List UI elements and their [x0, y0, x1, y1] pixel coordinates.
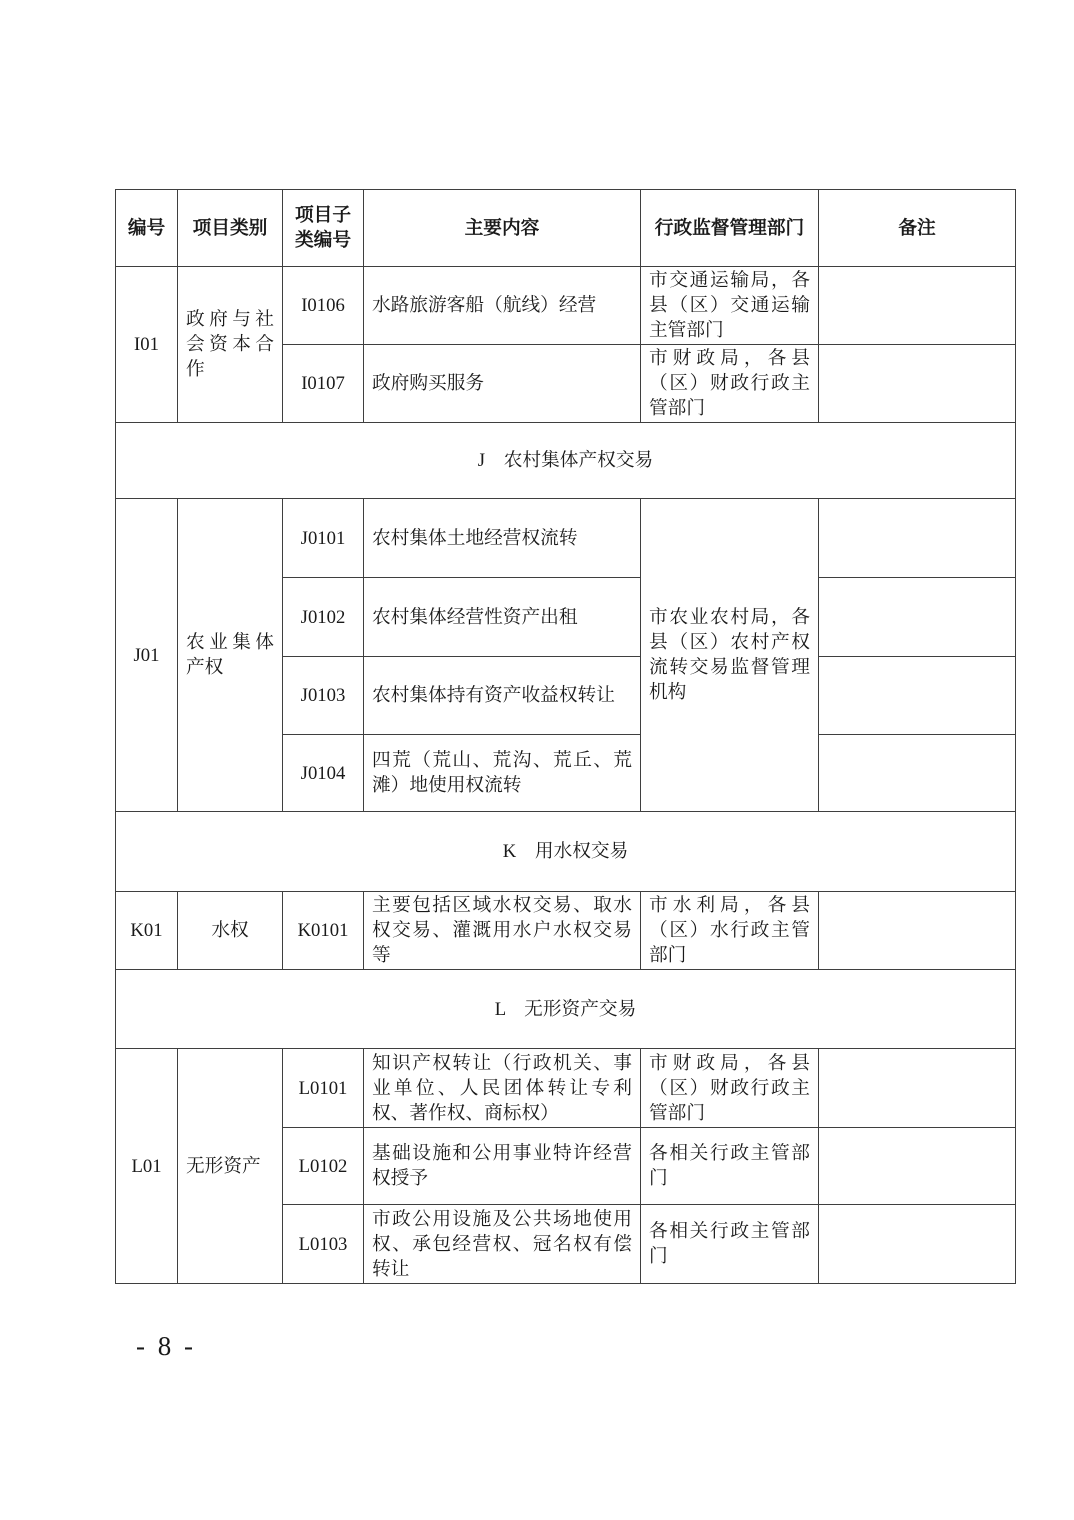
- cell-subcode: L0102: [283, 1128, 364, 1205]
- cell-remark: [819, 1049, 1016, 1128]
- cell-remark: [819, 657, 1016, 735]
- cell-subcode: J0103: [283, 657, 364, 735]
- cell-content: 主要包括区域水权交易、取水权交易、灌溉用水户水权交易等: [364, 892, 641, 970]
- cell-remark: [819, 1128, 1016, 1205]
- cell-group-code: L01: [116, 1049, 178, 1284]
- section-band-row: K 用水权交易: [116, 812, 1016, 892]
- cell-remark: [819, 267, 1016, 345]
- header-remark: 备注: [819, 190, 1016, 267]
- cell-category: 政府与社会资本合作: [178, 267, 283, 423]
- cell-subcode: J0102: [283, 578, 364, 657]
- section-band-row: J 农村集体产权交易: [116, 423, 1016, 499]
- section-band-label: K 用水权交易: [116, 812, 1016, 892]
- cell-dept: 市财政局，各县（区）财政行政主管部门: [641, 345, 819, 423]
- cell-remark: [819, 735, 1016, 812]
- section-band-label: J 农村集体产权交易: [116, 423, 1016, 499]
- cell-subcode: L0101: [283, 1049, 364, 1128]
- document-page: 编号 项目类别 项目子 类编号 主要内容 行政监督管理部门 备注 I01 政府与…: [0, 0, 1074, 1520]
- cell-dept: 各相关行政主管部门: [641, 1128, 819, 1205]
- cell-content: 水路旅游客船（航线）经营: [364, 267, 641, 345]
- section-band-row: L 无形资产交易: [116, 970, 1016, 1049]
- cell-group-code: I01: [116, 267, 178, 423]
- cell-category: 农业集体产权: [178, 499, 283, 812]
- cell-dept: 市水利局，各县（区）水行政主管部门: [641, 892, 819, 970]
- cell-content: 农村集体经营性资产出租: [364, 578, 641, 657]
- cell-remark: [819, 345, 1016, 423]
- cell-subcode: J0101: [283, 499, 364, 578]
- cell-content: 基础设施和公用事业特许经营权授予: [364, 1128, 641, 1205]
- cell-group-code: K01: [116, 892, 178, 970]
- header-subcode: 项目子 类编号: [283, 190, 364, 267]
- cell-dept-merged: 市农业农村局，各县（区）农村产权流转交易监督管理机构: [641, 499, 819, 812]
- cell-content: 农村集体持有资产收益权转让: [364, 657, 641, 735]
- cell-remark: [819, 578, 1016, 657]
- cell-dept: 市财政局，各县（区）财政行政主管部门: [641, 1049, 819, 1128]
- cell-category: 无形资产: [178, 1049, 283, 1284]
- cell-content: 市政公用设施及公共场地使用权、承包经营权、冠名权有偿转让: [364, 1205, 641, 1284]
- cell-content: 四荒（荒山、荒沟、荒丘、荒滩）地使用权流转: [364, 735, 641, 812]
- header-category: 项目类别: [178, 190, 283, 267]
- header-content: 主要内容: [364, 190, 641, 267]
- table-header-row: 编号 项目类别 项目子 类编号 主要内容 行政监督管理部门 备注: [116, 190, 1016, 267]
- table-row: I01 政府与社会资本合作 I0106 水路旅游客船（航线）经营 市交通运输局，…: [116, 267, 1016, 345]
- cell-subcode: K0101: [283, 892, 364, 970]
- header-code: 编号: [116, 190, 178, 267]
- cell-remark: [819, 1205, 1016, 1284]
- cell-subcode: J0104: [283, 735, 364, 812]
- cell-content: 农村集体土地经营权流转: [364, 499, 641, 578]
- cell-dept: 各相关行政主管部门: [641, 1205, 819, 1284]
- table-row: K01 水权 K0101 主要包括区域水权交易、取水权交易、灌溉用水户水权交易等…: [116, 892, 1016, 970]
- cell-dept: 市交通运输局，各县（区）交通运输主管部门: [641, 267, 819, 345]
- section-band-label: L 无形资产交易: [116, 970, 1016, 1049]
- cell-subcode: I0106: [283, 267, 364, 345]
- cell-subcode: L0103: [283, 1205, 364, 1284]
- cell-content: 政府购买服务: [364, 345, 641, 423]
- cell-subcode: I0107: [283, 345, 364, 423]
- page-number: - 8 -: [136, 1331, 196, 1362]
- cell-content: 知识产权转让（行政机关、事业单位、人民团体转让专利权、著作权、商标权）: [364, 1049, 641, 1128]
- approval-items-table: 编号 项目类别 项目子 类编号 主要内容 行政监督管理部门 备注 I01 政府与…: [115, 189, 1016, 1284]
- cell-remark: [819, 892, 1016, 970]
- cell-category: 水权: [178, 892, 283, 970]
- table-row: L01 无形资产 L0101 知识产权转让（行政机关、事业单位、人民团体转让专利…: [116, 1049, 1016, 1128]
- cell-remark: [819, 499, 1016, 578]
- header-dept: 行政监督管理部门: [641, 190, 819, 267]
- cell-group-code: J01: [116, 499, 178, 812]
- table-row: J01 农业集体产权 J0101 农村集体土地经营权流转 市农业农村局，各县（区…: [116, 499, 1016, 578]
